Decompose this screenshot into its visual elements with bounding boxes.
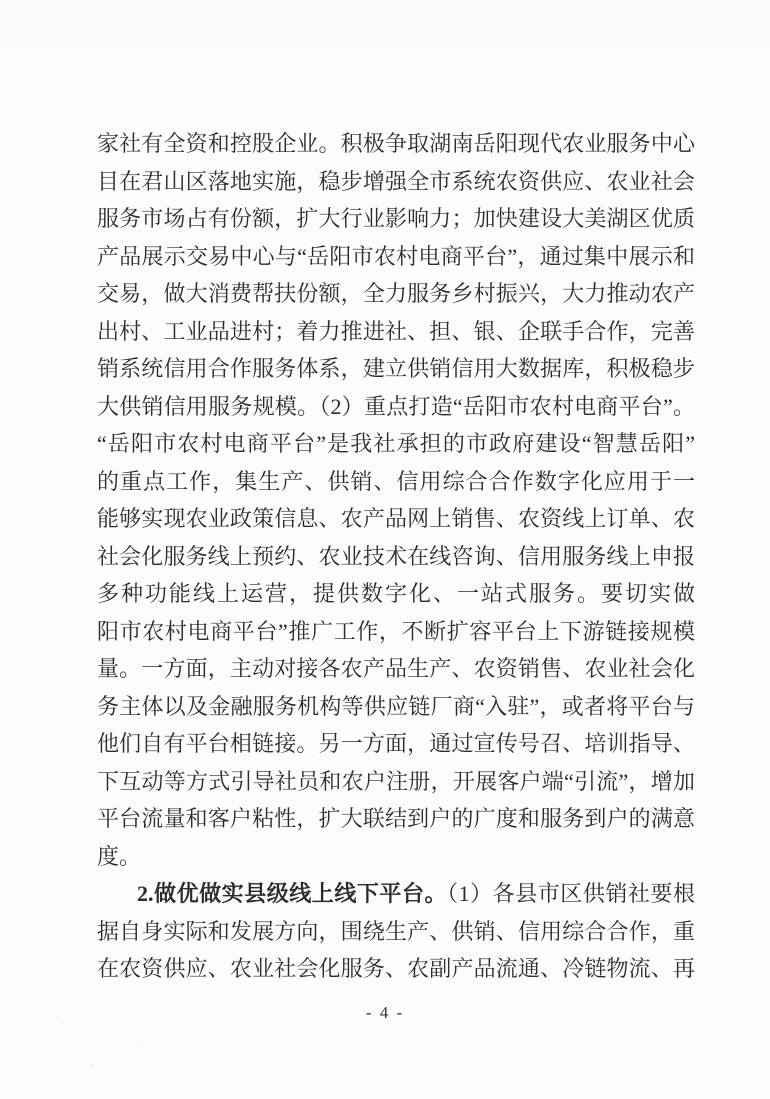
body-line: 销系统信用合作服务体系，建立供销信用大数据库，积极稳步扩 bbox=[97, 350, 695, 388]
body-line: 阳市农村电商平台”推广工作，不断扩容平台上下游链接规模体 bbox=[97, 613, 695, 651]
body-line: 产品展示交易中心与“岳阳市农村电商平台”，通过集中展示和 bbox=[97, 238, 695, 276]
body-line: 出村、工业品进村；着力推进社、担、银、企联手合作，完善供 bbox=[97, 313, 695, 351]
body-line-numbered-heading: 2.做优做实县级线上线下平台。（1）各县市区供销社要根 bbox=[97, 875, 695, 913]
body-line: 服务市场占有份额，扩大行业影响力；加快建设大美湖区优质农 bbox=[97, 200, 695, 238]
body-line: 能够实现农业政策信息、农产品网上销售、农资线上订单、农业 bbox=[97, 500, 695, 538]
body-line: 交易，做大消费帮扶份额，全力服务乡村振兴，大力推动农产品 bbox=[97, 275, 695, 313]
paragraph-heading-rest: （1）各县市区供销社要根 bbox=[447, 881, 695, 906]
paragraph-heading-bold: 2.做优做实县级线上线下平台。 bbox=[137, 881, 447, 906]
body-line: 大供销信用服务规模。（2）重点打造“岳阳市农村电商平台”。 bbox=[97, 388, 695, 426]
page-number: - 4 - bbox=[0, 1003, 770, 1023]
body-line: 多种功能线上运营，提供数字化、一站式服务。要切实做好“岳 bbox=[97, 575, 695, 613]
body-line: 家社有全资和控股企业。积极争取湖南岳阳现代农业服务中心项 bbox=[97, 125, 695, 163]
body-line: 平台流量和客户粘性，扩大联结到户的广度和服务到户的满意 bbox=[97, 800, 695, 838]
body-line: 目在君山区落地实施，稳步增强全市系统农资供应、农业社会化 bbox=[97, 163, 695, 201]
body-line: 据自身实际和发展方向，围绕生产、供销、信用综合合作，重点 bbox=[97, 913, 695, 951]
document-body: 家社有全资和控股企业。积极争取湖南岳阳现代农业服务中心项 目在君山区落地实施，稳… bbox=[97, 125, 695, 988]
body-line: 社会化服务线上预约、农业技术在线咨询、信用服务线上申报等 bbox=[97, 538, 695, 576]
body-line: 量。一方面，主动对接各农产品生产、农资销售、农业社会化服 bbox=[97, 650, 695, 688]
body-line: 务主体以及金融服务机构等供应链厂商“入驻”，或者将平台与 bbox=[97, 688, 695, 726]
body-line: 的重点工作，集生产、供销、信用综合合作数字化应用于一体， bbox=[97, 463, 695, 501]
body-line-paragraph-end: 度。 bbox=[97, 838, 695, 876]
document-page: 家社有全资和控股企业。积极争取湖南岳阳现代农业服务中心项 目在君山区落地实施，稳… bbox=[0, 0, 770, 1099]
body-line: 他们自有平台相链接。另一方面，通过宣传号召、培训指导、线 bbox=[97, 725, 695, 763]
body-line: 在农资供应、农业社会化服务、农副产品流通、冷链物流、再生 bbox=[97, 950, 695, 988]
body-line: “岳阳市农村电商平台”是我社承担的市政府建设“智慧岳阳” bbox=[97, 425, 695, 463]
body-line: 下互动等方式引导社员和农户注册，开展客户端“引流”，增加 bbox=[97, 763, 695, 801]
